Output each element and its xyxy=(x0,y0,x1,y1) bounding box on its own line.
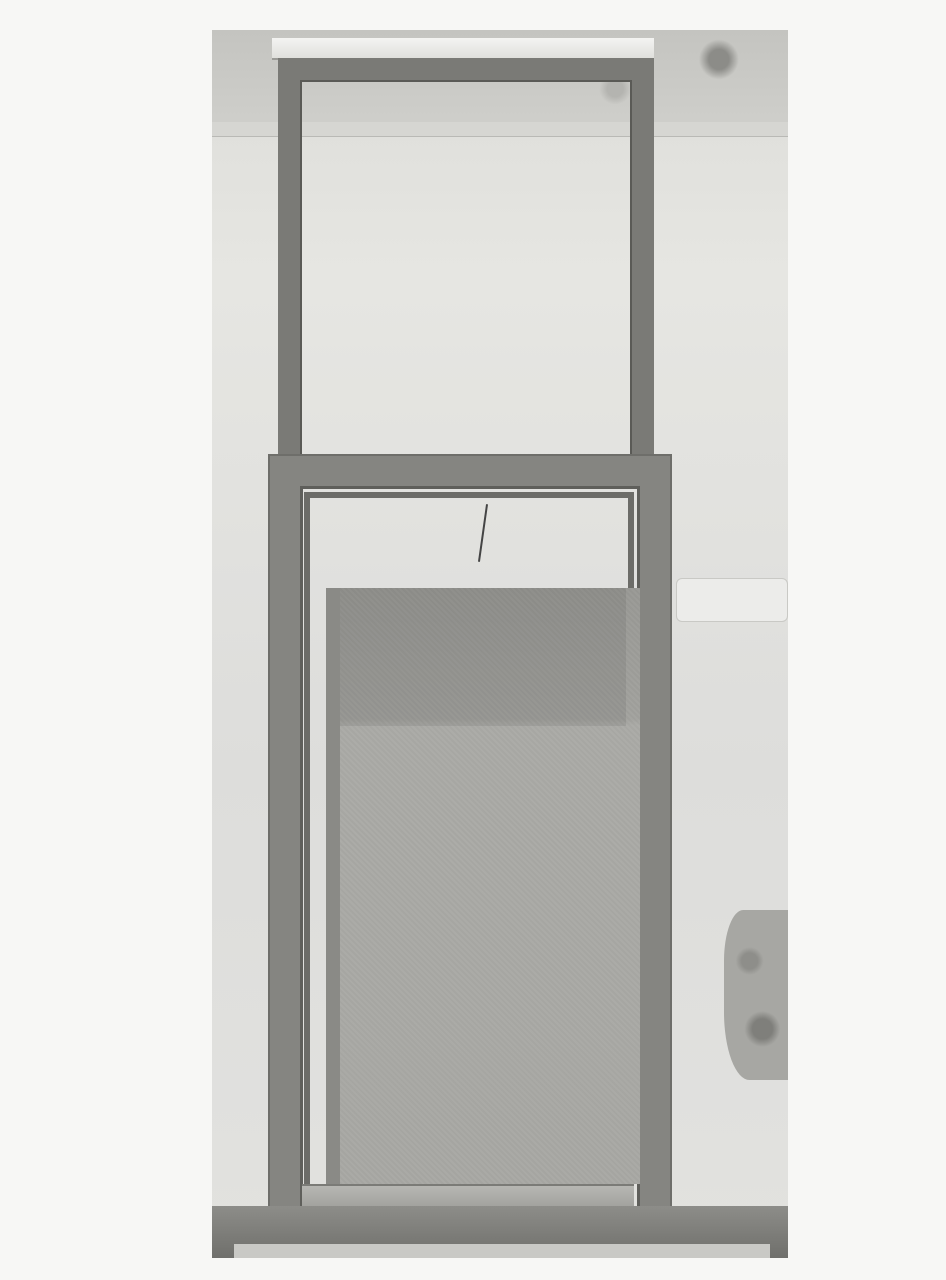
cornice-molding xyxy=(272,38,654,60)
floor-board xyxy=(234,1244,770,1258)
wall-label xyxy=(676,578,788,622)
photograph xyxy=(212,30,788,1258)
exposed-plaster-patch xyxy=(724,910,788,1080)
panel-shadow xyxy=(340,588,626,726)
transom-frame xyxy=(278,58,654,478)
